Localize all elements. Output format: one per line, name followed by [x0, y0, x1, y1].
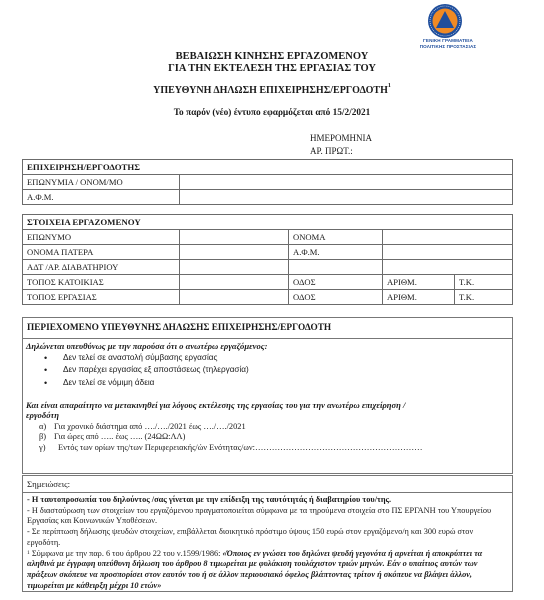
employer-heading: ΕΠΙΧΕΙΡΗΣΗ/ΕΡΓΟΔΟΤΗΣ: [23, 160, 513, 175]
note-penalty: - Σε περίπτωση δήλωσης ψευδών στοιχείων,…: [27, 527, 508, 548]
employer-afm-label: Α.Φ.Μ.: [23, 190, 180, 205]
declaration-bullet: Δεν παρέχει εργασίας εξ αποστάσεως (τηλε…: [63, 364, 512, 376]
logo-caption-line2: ΠΟΛΙΤΙΚΗΣ ΠΡΟΣΤΑΣΙΑΣ: [408, 44, 488, 50]
residence-field[interactable]: [180, 275, 289, 290]
movement-statement-line1: Και είναι απαραίτητο να μετακινηθεί για …: [26, 400, 508, 411]
work-street-label: ΟΔΟΣ: [289, 290, 383, 305]
residence-number-label: ΑΡΙΘΜ.: [383, 275, 455, 290]
employee-firstname-label: ΟΝΟΜΑ: [289, 230, 383, 245]
declaration-bullet: Δεν τελεί σε αναστολή σύμβασης εργασίας: [63, 352, 512, 364]
title-line1: ΒΕΒΑΙΩΣΗ ΚΙΝΗΣΗΣ ΕΡΓΑΖΟΜΕΝΟΥ: [0, 51, 544, 62]
option-text: Εντός των ορίων της/των Περιφερειακής/ών…: [58, 443, 422, 452]
movement-statement-line2: εργοδότη: [26, 410, 508, 421]
employee-id-label: ΑΔΤ /ΑΡ. ΔΙΑΒΑΤΗΡΙΟΥ: [23, 260, 180, 275]
option-period[interactable]: α)Για χρονικό διάστημα από …./…./2021 έω…: [39, 422, 512, 433]
declaration-heading: ΠΕΡΙΕΧΟΜΕΝΟ ΥΠΕΥΘΥΝΗΣ ΔΗΛΩΣΗΣ ΕΠΙΧΕΙΡΗΣΗ…: [23, 318, 512, 339]
option-key: α): [39, 422, 54, 433]
residence-label: ΤΟΠΟΣ ΚΑΤΟΙΚΙΑΣ: [23, 275, 180, 290]
footnote-intro: Σύμφωνα με την παρ. 6 του άρθρου 22 του …: [30, 549, 223, 558]
employee-id-field-2[interactable]: [289, 260, 383, 275]
option-region[interactable]: γ)Εντός των ορίων της/των Περιφερειακής/…: [39, 443, 512, 454]
option-text: Για ώρες από ….. έως ….. (24ΩΩ:ΛΛ): [54, 432, 185, 441]
logo-caption: ΓΕΝΙΚΗ ΓΡΑΜΜΑΤΕΙΑ ΠΟΛΙΤΙΚΗΣ ΠΡΟΣΤΑΣΙΑΣ: [408, 38, 488, 49]
employee-father-field[interactable]: [180, 245, 289, 260]
note-verification: - Η διασταύρωση των στοιχείων του εργαζό…: [27, 506, 508, 527]
declaration-section: ΠΕΡΙΕΧΟΜΕΝΟ ΥΠΕΥΘΥΝΗΣ ΔΗΛΩΣΗΣ ΕΠΙΧΕΙΡΗΣΗ…: [22, 317, 513, 474]
option-hours[interactable]: β)Για ώρες από ….. έως ….. (24ΩΩ:ΛΛ): [39, 432, 512, 443]
employer-name-label: ΕΠΩΝΥΜΙΑ / ΟΝΟΜ/ΜΟ: [23, 175, 180, 190]
employee-surname-field[interactable]: [180, 230, 289, 245]
civil-protection-emblem-icon: [419, 2, 471, 40]
employee-table: ΣΤΟΙΧΕΙΑ ΕΡΓΑΖΟΜΕΝΟΥ ΕΠΩΝΥΜΟ ΟΝΟΜΑ ΟΝΟΜΑ…: [22, 214, 513, 305]
employer-afm-field[interactable]: [180, 190, 513, 205]
work-zip-label: Τ.Κ.: [455, 290, 513, 305]
option-key: γ): [39, 443, 58, 454]
protocol-label: ΑΡ. ΠΡΩΤ.:: [310, 146, 353, 156]
employee-afm-field[interactable]: [383, 245, 513, 260]
declaration-bullet: Δεν τελεί σε νόμιμη άδεια: [63, 377, 512, 389]
form-subtitle: ΥΠΕΥΘΥΝΗ ΔΗΛΩΣΗ ΕΠΙΧΕΙΡΗΣΗΣ/ΕΡΓΟΔΟΤΗ1: [0, 85, 544, 96]
date-label: ΗΜΕΡΟΜΗΝΙΑ: [310, 133, 372, 143]
employee-heading: ΣΤΟΙΧΕΙΑ ΕΡΓΑΖΟΜΕΝΟΥ: [23, 215, 513, 230]
title-line2: ΓΙΑ ΤΗΝ ΕΚΤΕΛΕΣΗ ΤΗΣ ΕΡΓΑΣΙΑΣ ΤΟΥ: [0, 63, 544, 74]
notes-section: - Η ταυτοπροσωπία του δηλούντος /σας γίν…: [22, 492, 513, 592]
declaration-intro: Δηλώνεται υπευθύνως με την παρούσα ότι ο…: [23, 339, 512, 352]
employee-surname-label: ΕΠΩΝΥΜΟ: [23, 230, 180, 245]
residence-street-label: ΟΔΟΣ: [289, 275, 383, 290]
employee-firstname-field[interactable]: [383, 230, 513, 245]
work-place-field[interactable]: [180, 290, 289, 305]
footnote-ref: 1: [388, 83, 391, 89]
footnote-mark: 1: [27, 550, 30, 556]
declaration-bullets: Δεν τελεί σε αναστολή σύμβασης εργασίας …: [23, 352, 512, 389]
movement-statement: Και είναι απαραίτητο να μετακινηθεί για …: [23, 389, 512, 421]
employee-afm-label: Α.Φ.Μ.: [289, 245, 383, 260]
form-subtitle-text: ΥΠΕΥΘΥΝΗ ΔΗΛΩΣΗ ΕΠΙΧΕΙΡΗΣΗΣ/ΕΡΓΟΔΟΤΗ: [153, 85, 388, 96]
option-text: Για χρονικό διάστημα από …./…./2021 έως …: [54, 422, 246, 431]
note-identity: - Η ταυτοπροσωπία του δηλούντος /σας γίν…: [27, 495, 508, 506]
option-key: β): [39, 432, 54, 443]
employee-father-label: ΟΝΟΜΑ ΠΑΤΕΡΑ: [23, 245, 180, 260]
work-number-label: ΑΡΙΘΜ.: [383, 290, 455, 305]
employee-id-field-3[interactable]: [383, 260, 513, 275]
work-place-label: ΤΟΠΟΣ ΕΡΓΑΣΙΑΣ: [23, 290, 180, 305]
movement-options: α)Για χρονικό διάστημα από …./…./2021 έω…: [23, 421, 512, 454]
footnote: 1 Σύμφωνα με την παρ. 6 του άρθρου 22 το…: [27, 549, 508, 592]
notes-label: Σημειώσεις:: [23, 479, 70, 489]
employer-table: ΕΠΙΧΕΙΡΗΣΗ/ΕΡΓΟΔΟΤΗΣ ΕΠΩΝΥΜΙΑ / ΟΝΟΜ/ΜΟ …: [22, 159, 513, 205]
residence-zip-label: Τ.Κ.: [455, 275, 513, 290]
employer-name-field[interactable]: [180, 175, 513, 190]
employee-id-field[interactable]: [180, 260, 289, 275]
effective-note: Το παρόν (νέο) έντυπο εφαρμόζεται από 15…: [0, 108, 544, 118]
